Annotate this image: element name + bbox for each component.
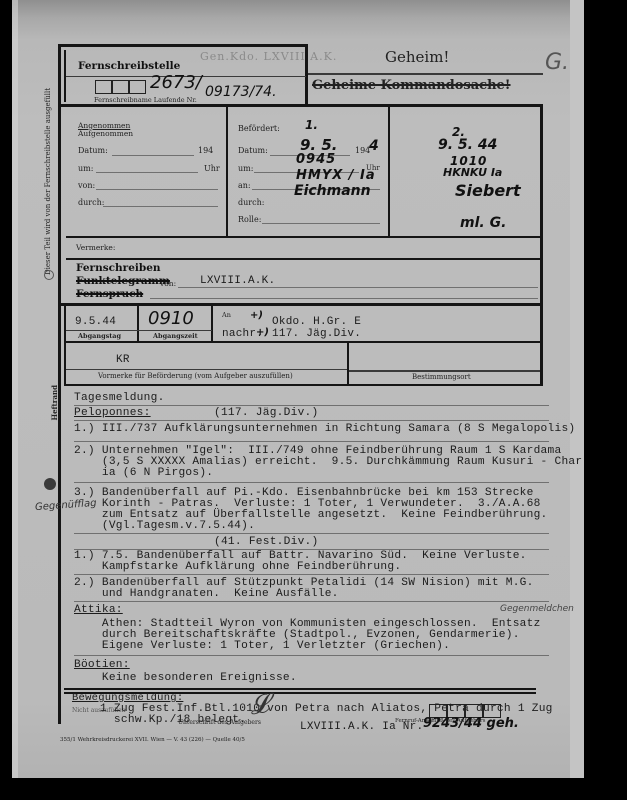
running-number-2: 09173/74. bbox=[205, 84, 277, 100]
table-right bbox=[540, 104, 543, 306]
row-divider-dispatch bbox=[58, 303, 543, 306]
received-datum-label: Datum: bbox=[78, 146, 108, 155]
dispatch-time-label: Abgangszeit bbox=[153, 332, 198, 340]
fernruf-label: Fernruf-Anschluß des Aufgebers bbox=[395, 718, 485, 724]
forwarded-year-suffix: 4 bbox=[369, 138, 379, 154]
forwarded-an-label: an: bbox=[238, 181, 251, 190]
bestimmungsort-label: Bestimmungsort bbox=[412, 373, 471, 381]
margin-note-right: Gegenmeldchen bbox=[500, 604, 574, 614]
second-date: 9. 5. 44 bbox=[438, 137, 497, 153]
second-by: Siebert bbox=[455, 181, 521, 200]
boeotien-item: Keine besonderen Ereignisse. bbox=[74, 673, 297, 684]
von-value: LXVIII.A.K. bbox=[200, 276, 275, 287]
kr-rule bbox=[66, 369, 347, 370]
received-um-label: um: bbox=[78, 164, 93, 173]
recipient-mark-1: +) bbox=[250, 310, 263, 321]
received-von-label: von: bbox=[78, 181, 95, 190]
fest-div-item-2: 2.) Bandenüberfall auf Stützpunkt Petali… bbox=[74, 578, 534, 600]
recipient-2: 117. Jäg.Div. bbox=[272, 329, 361, 340]
forwarded-title: Befördert: bbox=[238, 124, 280, 133]
dispatch-label-divider bbox=[66, 330, 212, 331]
item-line: Kampfstarke Aufklärung ohne Feindberühru… bbox=[74, 562, 527, 573]
message-rule-9 bbox=[74, 655, 549, 656]
received-uhr: Uhr bbox=[204, 164, 220, 173]
classification: Geheim! bbox=[385, 48, 449, 66]
received-von-line bbox=[96, 189, 218, 190]
dispatch-col-1 bbox=[137, 306, 139, 342]
signature: 𝓛 bbox=[248, 689, 271, 722]
received-datum-line bbox=[112, 155, 194, 156]
peloponnes-item-3: 3.) Bandenüberfall auf Pi.-Kdo. Eisenbah… bbox=[74, 488, 548, 532]
message-rule-3 bbox=[74, 441, 549, 442]
forwarded-year: 194 bbox=[355, 146, 370, 155]
von-label: von: bbox=[160, 279, 176, 288]
forwarded-um-label: um: bbox=[238, 164, 253, 173]
dispatch-left bbox=[64, 306, 66, 386]
double-rule-1 bbox=[64, 688, 536, 690]
forwarded-by: Eichmann bbox=[294, 183, 371, 199]
item-line: Keine besonderen Ereignisse. bbox=[74, 673, 297, 684]
forwarded-rolle-line bbox=[262, 223, 380, 224]
number-box-2 bbox=[112, 80, 129, 94]
message-rule-5 bbox=[74, 533, 549, 534]
dispatch-col-2 bbox=[211, 306, 213, 342]
item-line: 1.) III./737 Aufklärungsunternehmen in R… bbox=[74, 424, 575, 435]
received-year: 194 bbox=[198, 146, 213, 155]
received-durch-line bbox=[103, 206, 218, 207]
side-note: Dieser Teil wird von der Fernschreibstel… bbox=[44, 95, 52, 275]
col-divider-2 bbox=[388, 107, 390, 237]
received-title-2: Aufgenommen bbox=[78, 129, 133, 138]
dispatch-row-bottom bbox=[64, 384, 543, 386]
section-heading-attika: Attika: bbox=[74, 605, 123, 616]
an-label: An bbox=[222, 311, 231, 319]
message-title: Tagesmeldung. bbox=[74, 393, 165, 404]
type-fernspruch-struck: Fernspruch bbox=[76, 288, 143, 300]
number-box-1 bbox=[95, 80, 112, 94]
classification-rule bbox=[308, 73, 543, 75]
message-rule-7 bbox=[74, 574, 549, 575]
vermerke-label: Vermerke: bbox=[76, 243, 115, 252]
frame-top bbox=[58, 44, 308, 47]
type-line-2 bbox=[150, 298, 538, 299]
punch-hole bbox=[44, 478, 56, 490]
forwarded-datum-label: Datum: bbox=[238, 146, 268, 155]
second-to: HKNKU Ia bbox=[443, 166, 502, 179]
message-rule-1 bbox=[74, 405, 549, 406]
received-um-line bbox=[96, 172, 198, 173]
message-rule-2 bbox=[74, 420, 549, 421]
row-divider-type bbox=[66, 258, 541, 260]
forwarded-seq: 1. bbox=[305, 118, 318, 132]
message-rule-4 bbox=[74, 482, 549, 483]
section-unit-41: (41. Fest.Div.) bbox=[214, 537, 318, 548]
row-divider-vermerke bbox=[66, 236, 541, 238]
bestimmung-divider bbox=[347, 343, 349, 385]
dispatch-time: 0910 bbox=[148, 308, 194, 329]
recipient-1: Okdo. H.Gr. E bbox=[272, 317, 361, 328]
item-line: und Handgranaten. Keine Ausfälle. bbox=[74, 589, 534, 600]
von-line bbox=[178, 287, 538, 288]
paper-edge bbox=[12, 0, 18, 778]
dispatch-right bbox=[540, 306, 543, 386]
type-fernschreiben: Fernschreiben bbox=[76, 262, 161, 274]
item-line: (Vgl.Tagesm.v.7.5.44). bbox=[74, 521, 548, 532]
fest-div-item-1: 1.) 7.5. Bandenüberfall auf Battr. Navar… bbox=[74, 551, 527, 573]
dispatch-day-label: Abgangstag bbox=[78, 332, 121, 340]
signature-label: Unterschrift des Aufgebers bbox=[178, 719, 261, 726]
dispatch-bottom bbox=[64, 341, 543, 343]
recipient-mark-2: +) bbox=[256, 327, 269, 338]
bestimmungsort-rule bbox=[349, 370, 540, 372]
number-box-3 bbox=[129, 80, 146, 94]
table-top bbox=[58, 104, 543, 107]
dispatch-day: 9.5.44 bbox=[75, 317, 116, 328]
paper-right-edge bbox=[570, 0, 584, 778]
number-boxes-label: Fernschreibname Laufende Nr. bbox=[94, 96, 197, 104]
kr-code: KR bbox=[116, 355, 130, 366]
peloponnes-item-2: 2.) Unternehmen "Igel": III./749 ohne Fe… bbox=[74, 446, 582, 479]
classification-struck: Geheime Kommandosache! bbox=[312, 78, 511, 93]
attika-item: Athen: Stadtteil Wyron von Kommunisten e… bbox=[74, 619, 541, 652]
running-number: 2673/ bbox=[150, 72, 202, 93]
peloponnes-item-1: 1.) III./737 Aufklärungsunternehmen in R… bbox=[74, 424, 575, 435]
item-line: ia (6 N Pirgos). bbox=[74, 468, 582, 479]
faint-stamp: Gen.Kdo. LXVIII A.K. bbox=[200, 50, 337, 63]
section-unit-117: (117. Jäg.Div.) bbox=[214, 408, 318, 419]
second-initials: ml. G. bbox=[460, 215, 506, 231]
col-divider-1 bbox=[226, 107, 228, 237]
station-label: Fernschreibstelle bbox=[78, 60, 180, 72]
section-heading-peloponnes: Peloponnes: bbox=[74, 408, 151, 419]
forwarded-time: 0945 bbox=[296, 152, 336, 167]
received-durch-label: durch: bbox=[78, 198, 104, 207]
item-line: Eigene Verluste: 1 Toter, 1 Verletzter (… bbox=[74, 641, 541, 652]
section-heading-boeotien: Böotien: bbox=[74, 660, 130, 671]
forwarded-rolle-label: Rolle: bbox=[238, 215, 261, 224]
printer-line: 355/1 Wehrkreisdruckerei XVII. Wien — V.… bbox=[60, 737, 245, 743]
punch-hole-top bbox=[44, 270, 54, 280]
type-funktelegramm-struck: Funktelegramm bbox=[76, 275, 170, 287]
vermerke-foerderung-label: Vormerke für Beförderung (vom Aufgeber a… bbox=[98, 372, 293, 380]
message-rule-8 bbox=[74, 601, 549, 602]
initial-mark: G. bbox=[545, 50, 569, 75]
frame-left bbox=[58, 44, 61, 724]
forwarded-to: HMYX / Ia bbox=[296, 168, 376, 183]
forwarded-durch-label: durch: bbox=[238, 198, 264, 207]
